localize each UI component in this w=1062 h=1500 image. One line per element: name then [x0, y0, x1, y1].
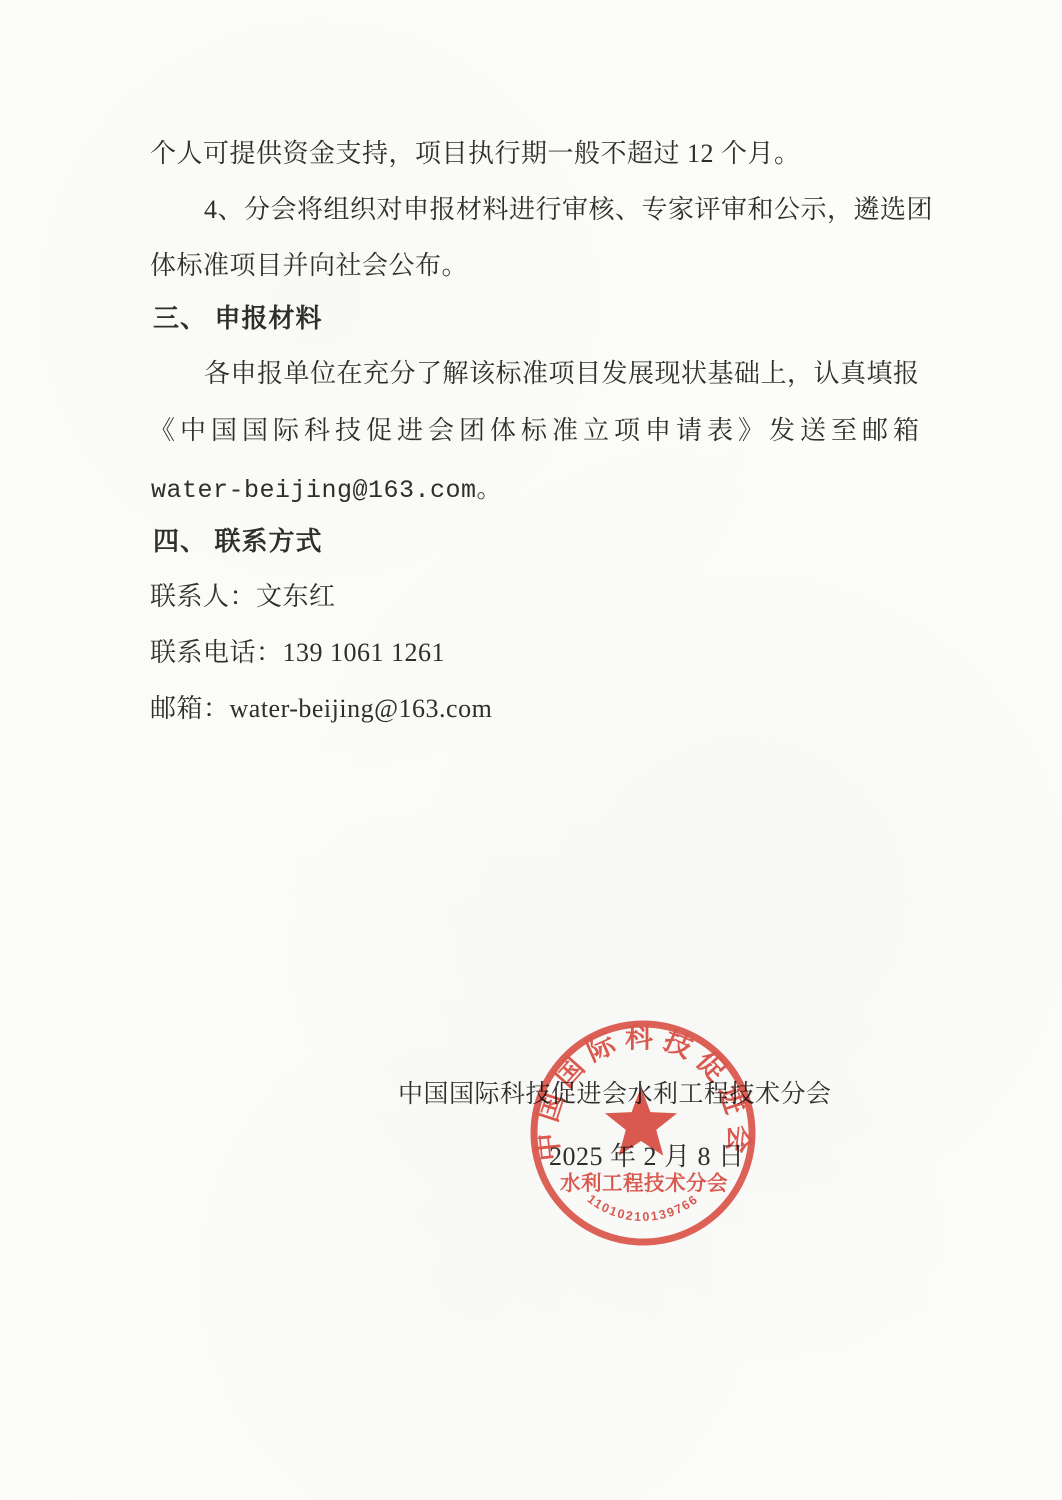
- seal-serial-number: 11010210139766: [585, 1192, 702, 1224]
- section-heading-3: 三、 申报材料: [153, 303, 323, 336]
- body-line-item4-cont: 体标准项目并向社会公布。: [150, 250, 468, 283]
- body-line-materials: 各申报单位在充分了解该标准项目发展现状基础上，认真填报: [204, 358, 920, 391]
- body-line-funding: 个人可提供资金支持，项目执行期一般不超过 12 个月。: [150, 138, 801, 171]
- signature-organization: 中国国际科技促进会水利工程技术分会: [398, 1074, 832, 1110]
- seal-banner-text: 水利工程技术分会: [560, 1171, 728, 1195]
- contact-email-line: 邮箱：water-beijing@163.com: [150, 693, 492, 726]
- document-page: 个人可提供资金支持，项目执行期一般不超过 12 个月。 4、分会将组织对申报材料…: [0, 0, 1062, 1500]
- body-line-item4: 4、分会将组织对申报材料进行审核、专家评审和公示，遴选团: [204, 194, 933, 227]
- official-seal: 中国国际科技促进会 水利工程技术分会 11010210139766: [523, 1013, 763, 1253]
- contact-person-line: 联系人：文东红: [150, 581, 336, 614]
- seal-serial-holder: 11010210139766: [585, 1192, 702, 1224]
- body-line-form-title: 《中国国际科技促进会团体标准立项申请表》发送至邮箱: [149, 415, 924, 448]
- section-heading-4: 四、 联系方式: [153, 526, 323, 559]
- seal-ring: [534, 1024, 752, 1242]
- body-line-email: water-beijing@163.com。: [151, 475, 502, 506]
- contact-phone-line: 联系电话：139 1061 1261: [150, 637, 445, 670]
- signature-date: 2025 年 2 月 8 日: [549, 1136, 745, 1173]
